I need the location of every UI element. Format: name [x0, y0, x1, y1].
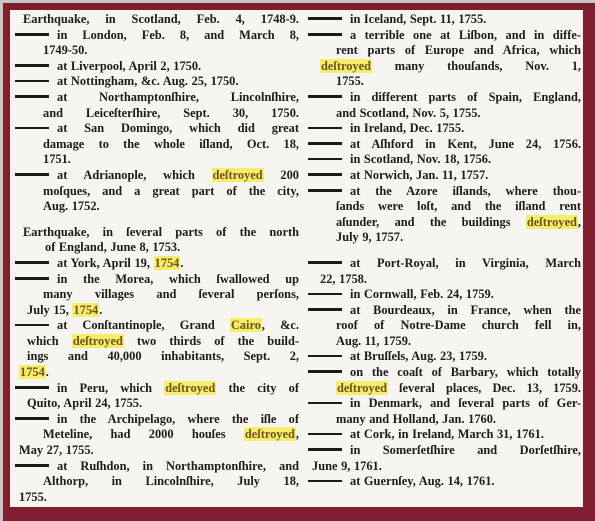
entry-line: at Adrianople, which deſtroyed 200: [15, 168, 299, 184]
entry-line: July 9, 1757.: [308, 230, 581, 246]
heading-line: Earthquake, in Scotland, Feb. 4, 1748-9.: [15, 12, 299, 28]
highlighted-text: deſtroyed: [212, 168, 264, 182]
entry-line: rent parts of Europe and Africa, which: [308, 43, 581, 59]
text-segment: many villages and ſeveral perſons,: [43, 287, 299, 301]
text-segment: at Aſhford in Kent, June 24, 1756.: [350, 137, 581, 151]
text-segment: ,: [296, 427, 299, 441]
text-segment: at Adrianople, which: [57, 168, 212, 182]
entry-dash-rule: [15, 464, 49, 467]
entry-line: at Ruſhdon, in Northamptonſhire, and: [15, 459, 299, 475]
text-segment: Meteline, had 2000 houſes: [43, 427, 244, 441]
entry-dash-rule: [308, 261, 342, 264]
text-segment: Aug. 1752.: [43, 199, 100, 213]
text-segment: of England, June 8, 1753.: [45, 240, 180, 254]
entry-line: ſands were loſt, and the iſland rent: [308, 199, 581, 215]
left-column: Earthquake, in Scotland, Feb. 4, 1748-9.…: [15, 12, 299, 507]
text-segment: .: [180, 256, 183, 270]
highlighted-text: 1754: [72, 303, 99, 317]
heading-line: of England, June 8, 1753.: [15, 240, 299, 256]
entry-dash-rule: [308, 189, 342, 192]
text-segment: at Bruſſels, Aug. 23, 1759.: [350, 349, 487, 363]
entry-line: 1754.: [15, 365, 299, 381]
entry-dash-rule: [308, 448, 342, 451]
text-segment: a terrible one at Liſbon, and in diffe-: [350, 28, 581, 42]
text-segment: at Nottingham, &c. Aug. 25, 1750.: [57, 74, 238, 88]
text-segment: at Norwich, Jan. 11, 1757.: [350, 168, 488, 182]
text-segment: in different parts of Spain, England,: [350, 90, 581, 104]
highlighted-text: 1754: [19, 365, 46, 379]
entry-line: deſtroyed many thouſands, Nov. 1,: [308, 59, 581, 75]
entry-dash-rule: [308, 142, 342, 145]
text-segment: two thirds of the build-: [124, 334, 299, 348]
text-segment: in the Morea, which ſwallowed up: [57, 272, 299, 286]
entry-dash-rule: [308, 480, 342, 483]
entry-dash-rule: [308, 308, 342, 311]
entry-line: at Bruſſels, Aug. 23, 1759.: [308, 349, 581, 365]
entry-line: June 9, 1761.: [308, 459, 581, 475]
text-segment: at Ruſhdon, in Northamptonſhire, and: [57, 459, 299, 473]
text-segment: 1749-50.: [43, 43, 87, 57]
highlighted-text: deſtroyed: [164, 381, 216, 395]
text-segment: .: [46, 365, 49, 379]
entry-line: many villages and ſeveral perſons,: [15, 287, 299, 303]
entry-line: ings and 40,000 inhabitants, Sept. 2,: [15, 349, 299, 365]
entry-dash-rule: [308, 355, 342, 358]
entry-dash-rule: [15, 173, 49, 176]
entry-line: at Conſtantinople, Grand Cairo, &c.: [15, 318, 299, 334]
entry-line: at Norwich, Jan. 11, 1757.: [308, 168, 581, 184]
entry-line: deſtroyed ſeveral places, Dec. 13, 1759.: [308, 381, 581, 397]
entry-line: moſques, and a great part of the city,: [15, 184, 299, 200]
text-segment: and Scotland, Nov. 5, 1755.: [336, 106, 481, 120]
entry-line: July 15, 1754.: [15, 303, 299, 319]
entry-line: at Port-Royal, in Virginia, March: [308, 256, 581, 272]
entry-line: in Iceland, Sept. 11, 1755.: [308, 12, 581, 28]
text-segment: many thouſands, Nov. 1,: [372, 59, 581, 73]
entry-line: Aug. 1752.: [15, 199, 299, 215]
entry-dash-rule: [15, 417, 49, 420]
highlighted-text: deſtroyed: [320, 59, 372, 73]
text-segment: Aug. 11, 1759.: [336, 334, 411, 348]
entry-dash-rule: [308, 402, 342, 405]
text-segment: moſques, and a great part of the city,: [43, 184, 299, 198]
entry-dash-rule: [308, 433, 342, 436]
text-segment: on the coaſt of Barbary, which totally: [350, 365, 581, 379]
entry-dash-rule: [308, 127, 342, 130]
text-segment: many and Holland, Jan. 1760.: [336, 412, 496, 426]
entry-line: aſunder, and the buildings deſtroyed,: [308, 215, 581, 231]
text-segment: in London, Feb. 8, and March 8,: [57, 28, 299, 42]
text-segment: in Somerſetſhire and Dorſetſhire,: [350, 443, 581, 457]
text-segment: at Cork, in Ireland, March 31, 1761.: [350, 427, 544, 441]
text-segment: and Leiceſterſhire, Sept. 30, 1750.: [43, 106, 299, 120]
text-segment: 22, 1758.: [320, 272, 367, 286]
entry-line: which deſtroyed two thirds of the build-: [15, 334, 299, 350]
entry-line: in Denmark, and ſeveral parts of Ger-: [308, 396, 581, 412]
entry-dash-rule: [15, 324, 49, 327]
entry-line: Aug. 11, 1759.: [308, 334, 581, 350]
entry-line: damage to the whole iſland, Oct. 18,: [15, 137, 299, 153]
entry-dash-rule: [15, 261, 49, 264]
entry-dash-rule: [308, 158, 342, 161]
text-segment: , &c.: [262, 318, 299, 332]
highlighted-text: deſtroyed: [336, 381, 388, 395]
text-segment: in Cornwall, Feb. 24, 1759.: [350, 287, 494, 301]
highlighted-text: deſtroyed: [244, 427, 296, 441]
entry-line: at York, April 19, 1754.: [15, 256, 299, 272]
text-segment: in Denmark, and ſeveral parts of Ger-: [350, 396, 581, 410]
text-segment: at San Domingo, which did great: [57, 121, 299, 135]
text-segment: Althorp, in Lincolnſhire, July 18,: [43, 474, 299, 488]
entry-line: in Cornwall, Feb. 24, 1759.: [308, 287, 581, 303]
text-segment: June 9, 1761.: [312, 459, 382, 473]
entry-line: in London, Feb. 8, and March 8,: [15, 28, 299, 44]
text-segment: in Peru, which: [57, 381, 164, 395]
text-segment: 200: [264, 168, 299, 182]
entry-line: on the coaſt of Barbary, which totally: [308, 365, 581, 381]
entry-line: and Leiceſterſhire, Sept. 30, 1750.: [15, 106, 299, 122]
entry-dash-rule: [15, 386, 49, 389]
entry-dash-rule: [308, 33, 342, 36]
highlighted-text: 1754: [154, 256, 181, 270]
entry-line: Althorp, in Lincolnſhire, July 18,: [15, 474, 299, 490]
text-segment: at York, April 19,: [57, 256, 154, 270]
entry-dash-rule: [15, 33, 49, 36]
text-segment: 1751.: [43, 152, 71, 166]
text-segment: in Iceland, Sept. 11, 1755.: [350, 12, 486, 26]
entry-dash-rule: [308, 95, 342, 98]
entry-line: 1755.: [308, 74, 581, 90]
entry-line: in Somerſetſhire and Dorſetſhire,: [308, 443, 581, 459]
text-segment: ,: [578, 215, 581, 229]
entry-line: in the Morea, which ſwallowed up: [15, 272, 299, 288]
highlighted-text: Cairo: [230, 318, 262, 332]
highlighted-text: deſtroyed: [526, 215, 578, 229]
text-segment: in Ireland, Dec. 1755.: [350, 121, 464, 135]
entry-line: a terrible one at Liſbon, and in diffe-: [308, 28, 581, 44]
text-segment: at Northamptonſhire, Lincolnſhire,: [57, 90, 299, 104]
entry-line: 1755.: [15, 490, 299, 506]
entry-dash-rule: [308, 370, 342, 373]
entry-line: many and Holland, Jan. 1760.: [308, 412, 581, 428]
text-segment: ſeveral places, Dec. 13, 1759.: [388, 381, 581, 395]
entry-dash-rule: [308, 173, 342, 176]
right-column: in Iceland, Sept. 11, 1755.a terrible on…: [308, 12, 581, 507]
text-segment: in Scotland, Nov. 18, 1756.: [350, 152, 491, 166]
entry-line: in Peru, which deſtroyed the city of: [15, 381, 299, 397]
entry-line: 1749-50.: [15, 43, 299, 59]
text-segment: aſunder, and the buildings: [336, 215, 526, 229]
scanned-page: Earthquake, in Scotland, Feb. 4, 1748-9.…: [10, 10, 583, 507]
highlighted-text: deſtroyed: [72, 334, 124, 348]
text-segment: ſands were loſt, and the iſland rent: [336, 199, 581, 213]
text-segment: July 9, 1757.: [336, 230, 403, 244]
entry-dash-rule: [15, 95, 49, 98]
text-segment: May 27, 1755.: [19, 443, 94, 457]
entry-line: 22, 1758.: [308, 272, 581, 288]
entry-line: at Nottingham, &c. Aug. 25, 1750.: [15, 74, 299, 90]
entry-dash-rule: [308, 17, 342, 20]
entry-line: roof of Notre-Dame church fell in,: [308, 318, 581, 334]
text-segment: 1755.: [336, 74, 364, 88]
entry-line: and Scotland, Nov. 5, 1755.: [308, 106, 581, 122]
text-segment: .: [99, 303, 102, 317]
entry-line: at San Domingo, which did great: [15, 121, 299, 137]
text-segment: at Port-Royal, in Virginia, March: [350, 256, 581, 270]
text-segment: damage to the whole iſland, Oct. 18,: [43, 137, 299, 151]
entry-line: at Cork, in Ireland, March 31, 1761.: [308, 427, 581, 443]
entry-line: at Guernſey, Aug. 14, 1761.: [308, 474, 581, 490]
entry-line: in Ireland, Dec. 1755.: [308, 121, 581, 137]
entry-line: in different parts of Spain, England,: [308, 90, 581, 106]
entry-line: Meteline, had 2000 houſes deſtroyed,: [15, 427, 299, 443]
entry-line: Quito, April 24, 1755.: [15, 396, 299, 412]
text-segment: 1755.: [19, 490, 47, 504]
heading-line: Earthquake, in ſeveral parts of the nort…: [15, 225, 299, 241]
entry-line: at Aſhford in Kent, June 24, 1756.: [308, 137, 581, 153]
text-segment: ings and 40,000 inhabitants, Sept. 2,: [27, 349, 299, 363]
entry-line: at the Azore iſlands, where thou-: [308, 184, 581, 200]
entry-line: May 27, 1755.: [15, 443, 299, 459]
entry-line: in Scotland, Nov. 18, 1756.: [308, 152, 581, 168]
text-segment: at Bourdeaux, in France, when the: [350, 303, 581, 317]
entry-line: 1751.: [15, 152, 299, 168]
entry-dash-rule: [15, 277, 49, 280]
entry-dash-rule: [15, 127, 49, 130]
text-segment: in the Archipelago, where the iſle of: [57, 412, 299, 426]
text-segment: at Conſtantinople, Grand: [57, 318, 230, 332]
text-segment: the city of: [216, 381, 299, 395]
text-segment: July 15,: [27, 303, 72, 317]
text-segment: at the Azore iſlands, where thou-: [350, 184, 581, 198]
entry-dash-rule: [308, 293, 342, 296]
text-segment: Quito, April 24, 1755.: [27, 396, 142, 410]
text-segment: Earthquake, in Scotland, Feb. 4, 1748-9.: [23, 12, 299, 26]
entry-line: at Liverpool, April 2, 1750.: [15, 59, 299, 75]
entry-dash-rule: [15, 64, 49, 67]
entry-line: at Bourdeaux, in France, when the: [308, 303, 581, 319]
text-segment: rent parts of Europe and Africa, which: [336, 43, 581, 57]
text-segment: which: [27, 334, 72, 348]
entry-line: at Northamptonſhire, Lincolnſhire,: [15, 90, 299, 106]
text-segment: at Guernſey, Aug. 14, 1761.: [350, 474, 495, 488]
text-segment: at Liverpool, April 2, 1750.: [57, 59, 201, 73]
text-segment: roof of Notre-Dame church fell in,: [336, 318, 581, 332]
entry-line: in the Archipelago, where the iſle of: [15, 412, 299, 428]
entry-dash-rule: [15, 80, 49, 83]
text-segment: Earthquake, in ſeveral parts of the nort…: [23, 225, 299, 239]
page-border: Earthquake, in Scotland, Feb. 4, 1748-9.…: [3, 3, 595, 521]
